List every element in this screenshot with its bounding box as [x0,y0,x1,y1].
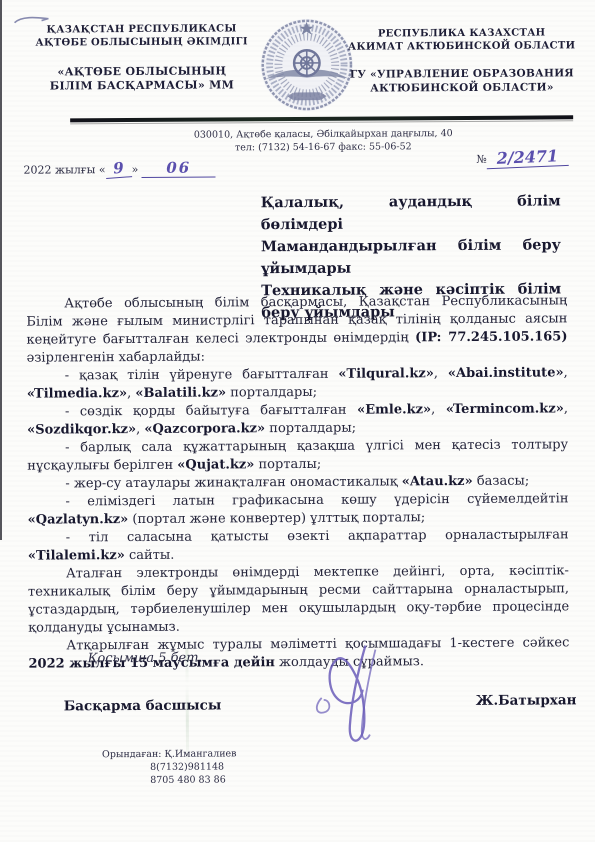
body-list-item: - тіл саласына қатысты өзекті ақпараттар… [28,526,569,565]
handwritten-number: 2/2471 [486,146,569,169]
signer-name: Ж.Батырхан [476,692,577,709]
org-region-kk: АҚТӨБЕ ОБЛЫСЫНЫҢ ӘКІМДІГІ [26,35,258,49]
org-name-kk-line1: «АҚТӨБЕ ОБЛЫСЫНЫҢ [26,63,258,79]
org-name-ru-line1: ГУ «УПРАВЛЕНИЕ ОБРАЗОВАНИЯ [348,66,576,82]
signature-icon [303,639,404,750]
body-list-item: - еліміздегі латын графикасына көшу үдер… [27,490,568,529]
body-list-item: - қазақ тілін үйренуге бағытталған «Tilq… [27,364,568,403]
executor-phone-1: 8(7132)981148 [102,760,237,774]
executor-phone-2: 8705 480 83 86 [102,773,237,787]
letterhead-russian: РЕСПУБЛИКА КАЗАХСТАН АКИМАТ АКТЮБИНСКОЙ … [348,26,576,95]
body-list-item: - барлық сала құжаттарының қазақша үлгіс… [27,436,568,475]
body-paragraph: Ақтөбе облысының білім басқармасы, Қазақ… [26,292,567,367]
org-region-ru: АКИМАТ АКТЮБИНСКОЙ ОБЛАСТИ [348,39,576,53]
scanned-letter-page: ҚАЗАҚСТАН РЕСПУБЛИКАСЫ АҚТӨБЕ ОБЛЫСЫНЫҢ … [0,0,595,842]
date-line: 2022 жылғы «9» 06 [23,158,215,178]
kazakhstan-emblem-icon [258,16,357,115]
date-prefix: 2022 жылғы « [23,163,105,177]
executor-name: Орындаған: Қ.Имангалиев [102,747,237,761]
body-list-item: - сөздік қорды байытуға бағытталған «Eml… [27,400,568,439]
recipient-line: Мамандандырылған білім беру ұйымдары [261,234,561,280]
number-line: №2/2471 [476,147,569,168]
org-name-ru-line2: АКТЮБИНСКОЙ ОБЛАСТИ» [348,81,576,95]
signer-title: Басқарма басшысы [64,697,222,714]
handwritten-month: 06 [142,158,216,177]
recipient-line: Қалалық, аудандық білім бөлімдері [261,190,561,236]
body-paragraph: Аталған электронды өнімдерді мектепке де… [28,562,569,637]
letter-body: Ақтөбе облысының білім басқармасы, Қазақ… [26,292,569,673]
handwritten-day: 9 [105,158,132,179]
date-close: » [132,163,139,176]
letterhead-kazakh: ҚАЗАҚСТАН РЕСПУБЛИКАСЫ АҚТӨБЕ ОБЛЫСЫНЫҢ … [26,22,258,92]
letter-sheet: ҚАЗАҚСТАН РЕСПУБЛИКАСЫ АҚТӨБЕ ОБЛЫСЫНЫҢ … [0,0,595,842]
executor-block: Орындаған: Қ.Имангалиев 8(7132)981148 87… [102,747,237,787]
org-name-kk-line2: БІЛІМ БАСҚАРМАСЫ» ММ [26,78,258,92]
